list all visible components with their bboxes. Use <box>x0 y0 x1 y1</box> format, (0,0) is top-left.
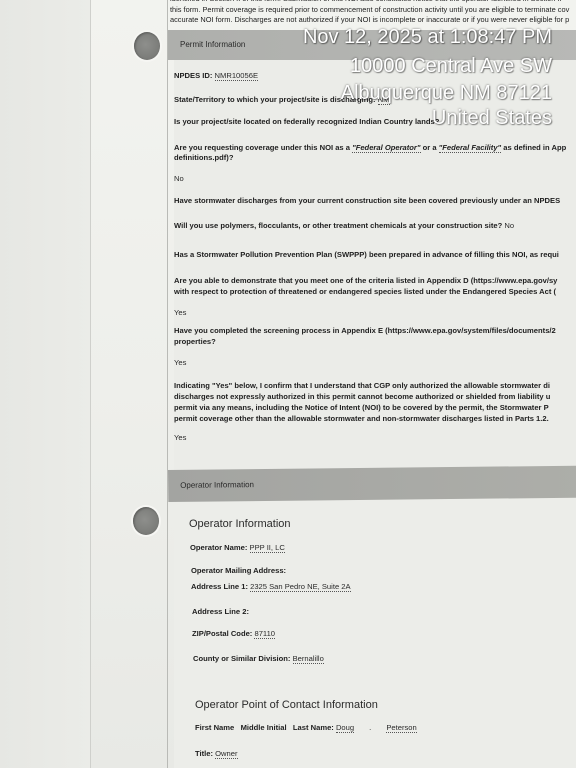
county-value: Bernalillo <box>293 654 324 664</box>
punch-hole <box>133 507 159 535</box>
federal-q-text: as defined in App <box>501 143 566 152</box>
federal-answer: No <box>174 174 184 183</box>
poc-title-field: Title: Owner <box>195 749 238 758</box>
county-label: County or Similar Division: <box>193 654 290 663</box>
federal-question-line2: definitions.pdf)? <box>174 152 576 164</box>
polymers-question: Will you use polymers, flocculants, or o… <box>174 220 576 232</box>
npdes-label: NPDES ID: <box>174 71 212 80</box>
operator-section-header: Operator Information <box>168 466 576 502</box>
poc-name-labels: First Name Middle Initial Last Name: <box>195 723 334 732</box>
zip-field: ZIP/Postal Code: 87110 <box>192 629 275 638</box>
appendix-d-answer: Yes <box>174 308 186 317</box>
confirm-answer: Yes <box>174 433 186 442</box>
appendix-d-question-line2: with respect to protection of threatened… <box>174 286 576 298</box>
operator-panel: Operator Information Operator Name: PPP … <box>174 503 576 768</box>
operator-name-label: Operator Name: <box>190 543 247 552</box>
poc-middle-initial: . <box>356 723 384 732</box>
operator-info-title: Operator Information <box>189 518 291 530</box>
photo-address-line1: 10000 Central Ave SW <box>350 54 552 78</box>
poc-title-label: Title: <box>195 749 213 758</box>
appendix-e-question-line2: properties? <box>174 336 576 348</box>
poc-title-value: Owner <box>215 749 237 759</box>
address-line1-label: Address Line 1: <box>191 582 248 591</box>
intro-line: identified in Section II of this form. S… <box>170 0 576 5</box>
underlying-page <box>0 0 92 768</box>
intro-paragraph: identified in Section II of this form. S… <box>170 0 576 26</box>
zip-label: ZIP/Postal Code: <box>192 629 252 638</box>
address-line2-field: Address Line 2: <box>192 607 249 616</box>
zip-value: 87110 <box>254 629 275 639</box>
poc-title: Operator Point of Contact Information <box>195 699 378 711</box>
federal-q-text: Are you requesting coverage under this N… <box>174 143 352 152</box>
poc-name-field: First Name Middle Initial Last Name: Dou… <box>195 723 417 732</box>
intro-line: this form. Permit coverage is required p… <box>170 5 576 16</box>
county-field: County or Similar Division: Bernalillo <box>193 654 324 663</box>
poc-first-name: Doug <box>336 723 354 733</box>
poc-last-name: Peterson <box>386 723 416 733</box>
swppp-question: Has a Stormwater Pollution Prevention Pl… <box>174 249 576 261</box>
mailing-address-label: Operator Mailing Address: <box>191 566 286 575</box>
confirm-statement-line: permit coverage other than the allowable… <box>174 413 576 425</box>
operator-name-value: PPP II, LC <box>250 543 285 553</box>
photo-country: United States <box>432 106 552 130</box>
operator-name-field: Operator Name: PPP II, LC <box>190 543 285 552</box>
npdes-value: NMR10056E <box>215 71 258 81</box>
polymers-q-text: Will you use polymers, flocculants, or o… <box>174 221 502 230</box>
punch-hole <box>134 32 160 60</box>
previous-coverage-question: Have stormwater discharges from your cur… <box>174 195 576 207</box>
photo-timestamp: Nov 12, 2025 at 1:08:47 PM <box>303 25 552 49</box>
address-line1-value: 2325 San Pedro NE, Suite 2A <box>250 582 350 592</box>
address-line1-field: Address Line 1: 2325 San Pedro NE, Suite… <box>191 582 351 591</box>
federal-q-text: or a <box>421 143 439 152</box>
intro-line: accurate NOI form. Discharges are not au… <box>170 15 576 26</box>
polymers-answer: No <box>504 221 514 230</box>
photo-address-line2: Albuquerque NM 87121 <box>341 81 552 105</box>
appendix-e-answer: Yes <box>174 358 186 367</box>
